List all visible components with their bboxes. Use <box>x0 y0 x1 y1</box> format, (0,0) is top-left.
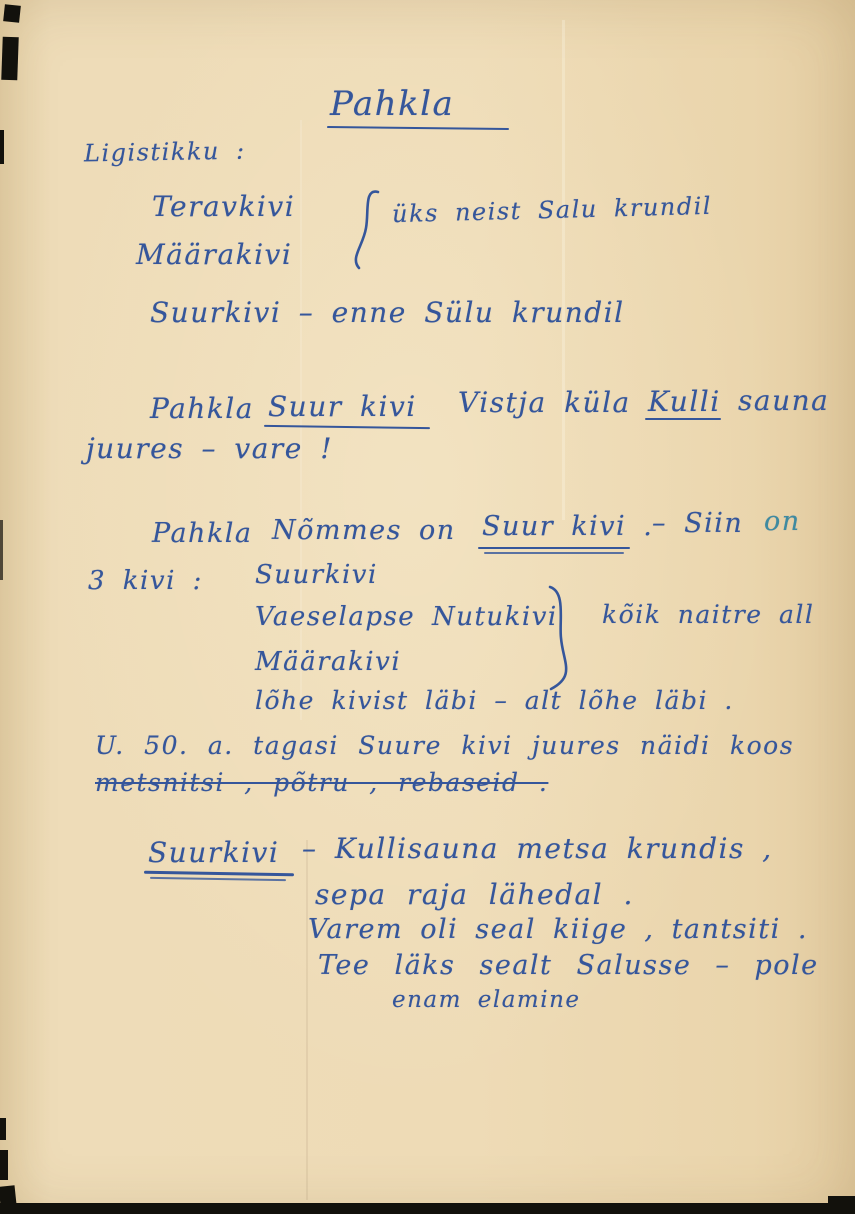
brace-note: kõik naitre all <box>602 600 814 629</box>
scan-artifact <box>828 1196 855 1214</box>
brace-note: üks neist Salu krundil <box>392 192 713 228</box>
stone-item: Suurkivi <box>255 560 378 590</box>
handwritten-line: – Kullisauna metsa krundis , <box>302 832 773 865</box>
scan-artifact <box>0 130 4 164</box>
stone-item: Teravkivi <box>152 190 295 223</box>
page-title: Pahkla <box>330 84 454 124</box>
handwritten-line: Tee läks sealt Salusse – pole <box>318 950 819 981</box>
handwritten-word: Pahkla <box>150 392 254 425</box>
stone-item: Vaeselapse Nutukivi <box>255 602 558 632</box>
handwritten-word: Nõmmes on <box>272 515 456 546</box>
scanned-page: Pahkla Ligistikku : Teravkivi Määrakivi … <box>0 0 855 1214</box>
handwritten-word: Vistja küla <box>458 386 631 419</box>
handwritten-word: Kulli <box>648 385 721 418</box>
handwritten-line: enam elamine <box>392 987 581 1013</box>
handwritten-word: Suur kivi . <box>482 511 653 542</box>
handwritten-line: sepa raja lähedal . <box>315 878 634 911</box>
stone-item: Määrakivi <box>136 238 292 271</box>
scan-artifact <box>0 1203 855 1214</box>
brace-icon <box>344 186 384 272</box>
handwritten-word: Suur kivi <box>268 390 417 423</box>
word-underline <box>478 547 630 549</box>
word-underline <box>264 425 430 429</box>
handwritten-line: Varem oli seal kiige , tantsiti . <box>308 914 808 945</box>
title-underline <box>327 126 509 130</box>
handwritten-word: Pahkla <box>152 518 253 549</box>
scan-artifact <box>0 520 3 580</box>
handwritten-word: sauna <box>738 384 829 417</box>
handwritten-line: U. 50. a. tagasi Suure kivi juures näidi… <box>95 731 794 760</box>
brace-icon <box>542 582 588 694</box>
handwritten-word: on <box>764 506 801 537</box>
scan-artifact <box>0 1118 6 1140</box>
word-underline <box>645 418 721 420</box>
struck-line: metsnitsi , põtru , rebaseid . <box>95 768 548 797</box>
handwritten-line: juures – vare ! <box>86 432 333 465</box>
scan-artifact <box>1 37 18 81</box>
handwritten-word: – Siin <box>652 508 743 539</box>
paper-crease <box>562 20 565 520</box>
section-header: Ligistikku : <box>84 137 246 168</box>
handwritten-line: lõhe kivist läbi – alt lõhe läbi . <box>255 686 734 715</box>
scan-artifact <box>0 1150 8 1180</box>
word-underline <box>150 877 286 881</box>
handwritten-word: Suurkivi <box>148 836 279 869</box>
paper-crease <box>306 840 308 1200</box>
stone-item: Määrakivi <box>255 647 401 677</box>
stone-item: Suurkivi – enne Sülu krundil <box>150 296 625 329</box>
handwritten-line: 3 kivi : <box>88 566 203 596</box>
word-underline <box>144 871 294 876</box>
scan-artifact <box>3 4 21 23</box>
word-underline <box>484 552 624 554</box>
